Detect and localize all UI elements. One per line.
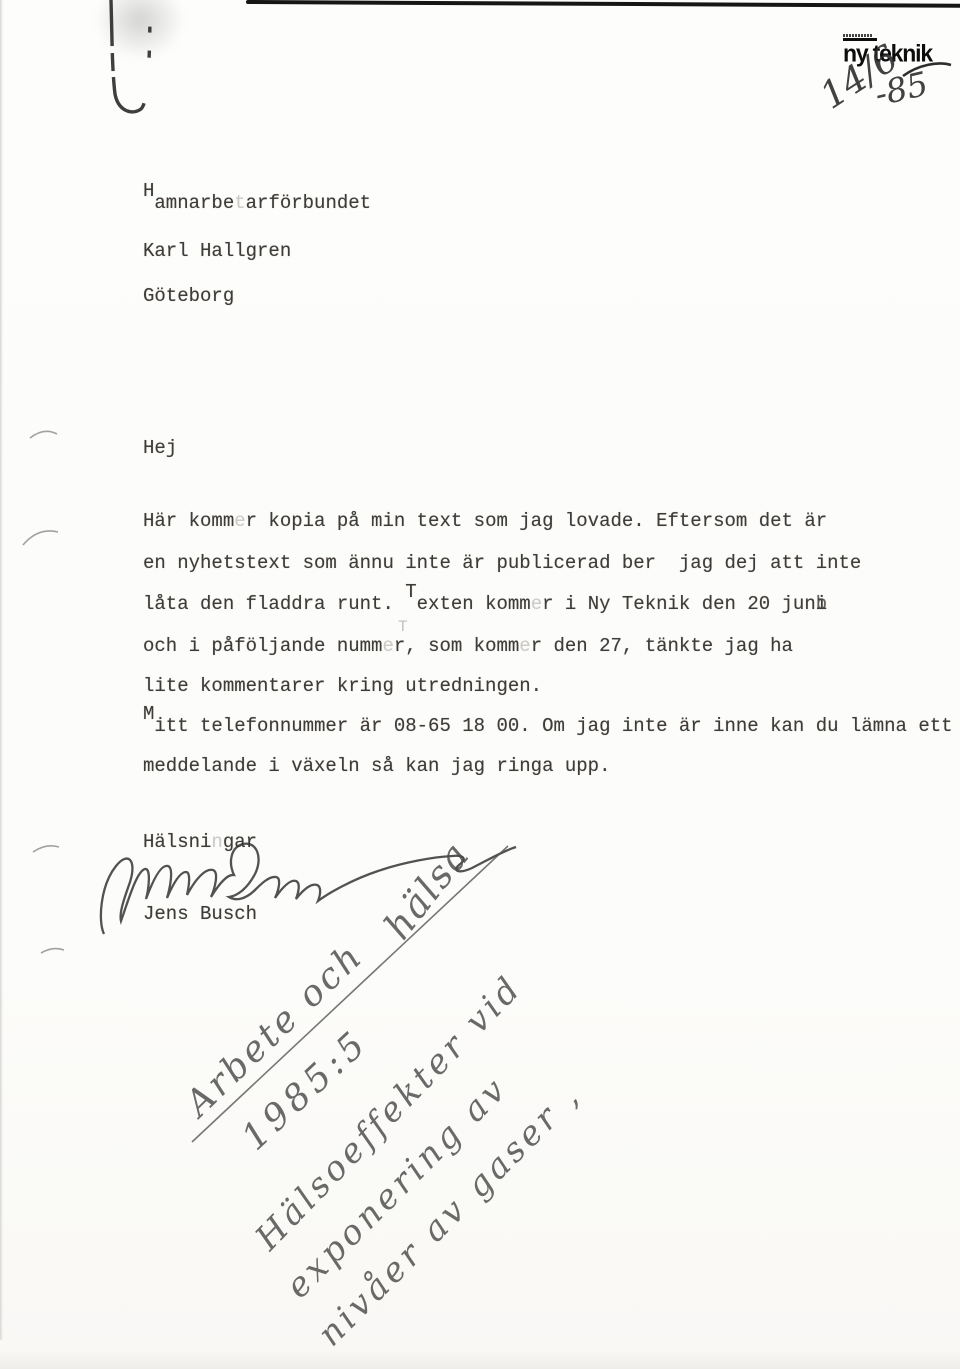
body-line-4: och i påföljande nummer, som kommer den … [143, 634, 793, 658]
text-segment: e [234, 510, 245, 532]
scan-bottom-edge-shadow [0, 1350, 960, 1369]
body-line-7: meddelande i växeln så kan jag ringa upp… [143, 754, 610, 778]
note-line-3: 1985:5 [234, 1022, 377, 1159]
scanned-letter-page: ny teknik Hamnarbetarförbundet Karl Hall… [0, 0, 960, 1369]
text-segment: och i påföljande numm [143, 635, 382, 657]
text-segment: Här komm [143, 510, 234, 532]
text-segment: T [405, 581, 416, 603]
text-segment: arförbundet [246, 192, 371, 214]
body-line-2: en nyhetstext som ännu inte är publicera… [143, 551, 861, 575]
greeting: Hej [143, 436, 177, 460]
text-segment: e [519, 635, 530, 657]
text-segment: t [234, 192, 245, 214]
text-segment: exten komm [417, 593, 531, 615]
body-line-1: Här kommer kopia på min text som jag lov… [143, 509, 827, 533]
text-segment: e [382, 635, 393, 657]
date-year: -85 [871, 64, 932, 114]
margin-mark-2 [23, 531, 58, 545]
body-line-6: Mitt telefonnummer är 08-65 18 00. Om ja… [143, 714, 953, 738]
body-line-3: låta den fladdra runt. Texten kommer i N… [143, 592, 827, 616]
logo-micro-text [843, 34, 873, 37]
note-line-6: nivåer av gaser , [310, 1075, 589, 1354]
text-segment: lite kommentarer kring utredningen. [143, 675, 542, 697]
margin-mark-1 [30, 431, 57, 438]
note-line-1: Arbete och [176, 935, 372, 1126]
scan-top-edge-line [246, 0, 960, 8]
ink-smudge [95, 0, 185, 60]
recipient-line-1: Hamnarbetarförbundet [143, 191, 371, 215]
text-segment: r, som komm [394, 635, 519, 657]
signature-name: Jens Busch [143, 902, 257, 926]
text-segment: en nyhetstext som ännu inte är publicera… [143, 552, 861, 574]
note-line-5: exponering av [278, 1068, 516, 1306]
text-segment: r i Ny Teknik den 20 jun [542, 593, 816, 615]
recipient-line-3: Göteborg [143, 284, 234, 308]
body-line-5: lite kommentarer kring utredningen. [143, 674, 542, 698]
salutation: Hälsningar [143, 830, 257, 854]
recipient-line-2: Karl Hallgren [143, 239, 291, 263]
ghost-character: T [398, 618, 408, 636]
note-line-2: hälsa [375, 833, 478, 948]
ny-teknik-logo: ny teknik [843, 34, 938, 65]
text-segment: r kopia på min text som jag lovade. Efte… [246, 510, 828, 532]
logo-text: ny teknik [843, 42, 938, 66]
text-segment: meddelande i växeln så kan jag ringa upp… [143, 755, 610, 777]
text-segment: Hälsni [143, 831, 211, 853]
text-segment: r den 27, tänkte jag ha [531, 635, 793, 657]
margin-mark-3 [33, 846, 59, 852]
text-segment: M [143, 703, 154, 725]
text-segment: amnarbe [154, 192, 234, 214]
text-segment: bi [816, 592, 827, 616]
text-segment: H [143, 180, 154, 202]
note-underline [192, 846, 508, 1142]
text-segment: itt telefonnummer är 08-65 18 00. Om jag… [154, 715, 952, 737]
margin-mark-4 [41, 949, 64, 953]
text-segment: låta den fladdra runt. [143, 593, 405, 615]
note-line-4: Hälsoeffekter vid [247, 968, 530, 1259]
text-segment: n [211, 831, 222, 853]
text-segment: gar [223, 831, 257, 853]
scan-left-edge-shadow [0, 0, 3, 1340]
text-segment: e [531, 593, 542, 615]
